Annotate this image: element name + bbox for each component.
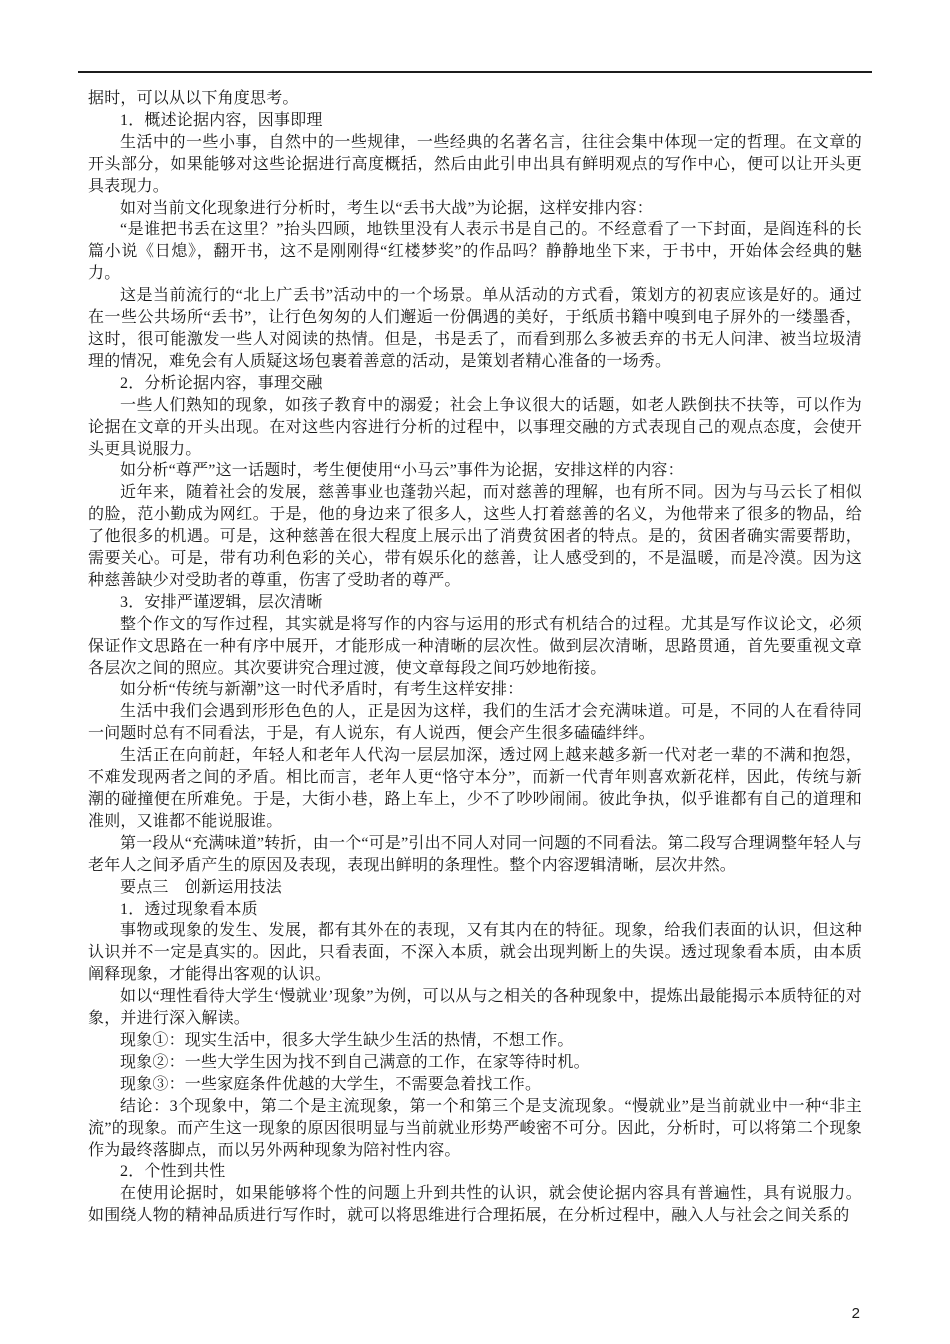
paragraph: 现象②：一些大学生因为找不到自己满意的工作，在家等待时机。 bbox=[88, 1052, 862, 1074]
document-page: 据时，可以从以下角度思考。1．概述论据内容，因事即理生活中的一些小事，自然中的一… bbox=[0, 0, 950, 1344]
paragraph: 结论：3个现象中，第二个是主流现象，第一个和第三个是支流现象。“慢就业”是当前就… bbox=[88, 1096, 862, 1162]
document-body: 据时，可以从以下角度思考。1．概述论据内容，因事即理生活中的一些小事，自然中的一… bbox=[88, 88, 862, 1227]
paragraph: 第一段从“充满味道”转折，由一个“可是”引出不同人对同一问题的不同看法。第二段写… bbox=[88, 833, 862, 877]
paragraph: 现象③：一些家庭条件优越的大学生，不需要急着找工作。 bbox=[88, 1074, 862, 1096]
page-number: 2 bbox=[852, 1305, 860, 1322]
paragraph: 1．透过现象看本质 bbox=[88, 899, 862, 921]
paragraph: 在使用论据时，如果能够将个性的问题上升到共性的认识，就会使论据内容具有普遍性，具… bbox=[88, 1183, 862, 1227]
paragraph: 2．个性到共性 bbox=[88, 1161, 862, 1183]
paragraph: “是谁把书丢在这里？”抬头四顾，地铁里没有人表示书是自己的。不经意看了一下封面，… bbox=[88, 219, 862, 285]
paragraph: 生活正在向前赶，年轻人和老年人代沟一层层加深，透过网上越来越多新一代对老一辈的不… bbox=[88, 745, 862, 833]
paragraph: 如以“理性看待大学生‘慢就业’现象”为例，可以从与之相关的各种现象中，提炼出最能… bbox=[88, 986, 862, 1030]
paragraph: 如分析“尊严”这一话题时，考生便使用“小马云”事件为论据，安排这样的内容： bbox=[88, 460, 862, 482]
paragraph: 现象①：现实生活中，很多大学生缺少生活的热情，不想工作。 bbox=[88, 1030, 862, 1052]
paragraph: 生活中我们会遇到形形色色的人，正是因为这样，我们的生活才会充满味道。可是，不同的… bbox=[88, 701, 862, 745]
paragraph: 1．概述论据内容，因事即理 bbox=[88, 110, 862, 132]
header-rule bbox=[78, 71, 872, 73]
paragraph: 近年来，随着社会的发展，慈善事业也蓬勃兴起，而对慈善的理解，也有所不同。因为与马… bbox=[88, 482, 862, 592]
paragraph: 2．分析论据内容，事理交融 bbox=[88, 373, 862, 395]
paragraph: 一些人们熟知的现象，如孩子教育中的溺爱；社会上争议很大的话题，如老人跌倒扶不扶等… bbox=[88, 395, 862, 461]
paragraph: 如分析“传统与新潮”这一时代矛盾时，有考生这样安排： bbox=[88, 679, 862, 701]
paragraph: 据时，可以从以下角度思考。 bbox=[88, 88, 862, 110]
paragraph: 这是当前流行的“北上广丢书”活动中的一个场景。单从活动的方式看，策划方的初衷应该… bbox=[88, 285, 862, 373]
paragraph: 要点三 创新运用技法 bbox=[88, 877, 862, 899]
paragraph: 3．安排严谨逻辑，层次清晰 bbox=[88, 592, 862, 614]
paragraph: 如对当前文化现象进行分析时，考生以“丢书大战”为论据，这样安排内容： bbox=[88, 198, 862, 220]
paragraph: 整个作文的写作过程，其实就是将写作的内容与运用的形式有机结合的过程。尤其是写作议… bbox=[88, 614, 862, 680]
paragraph: 生活中的一些小事，自然中的一些规律，一些经典的名著名言，往往会集中体现一定的哲理… bbox=[88, 132, 862, 198]
paragraph: 事物或现象的发生、发展，都有其外在的表现，又有其内在的特征。现象，给我们表面的认… bbox=[88, 920, 862, 986]
